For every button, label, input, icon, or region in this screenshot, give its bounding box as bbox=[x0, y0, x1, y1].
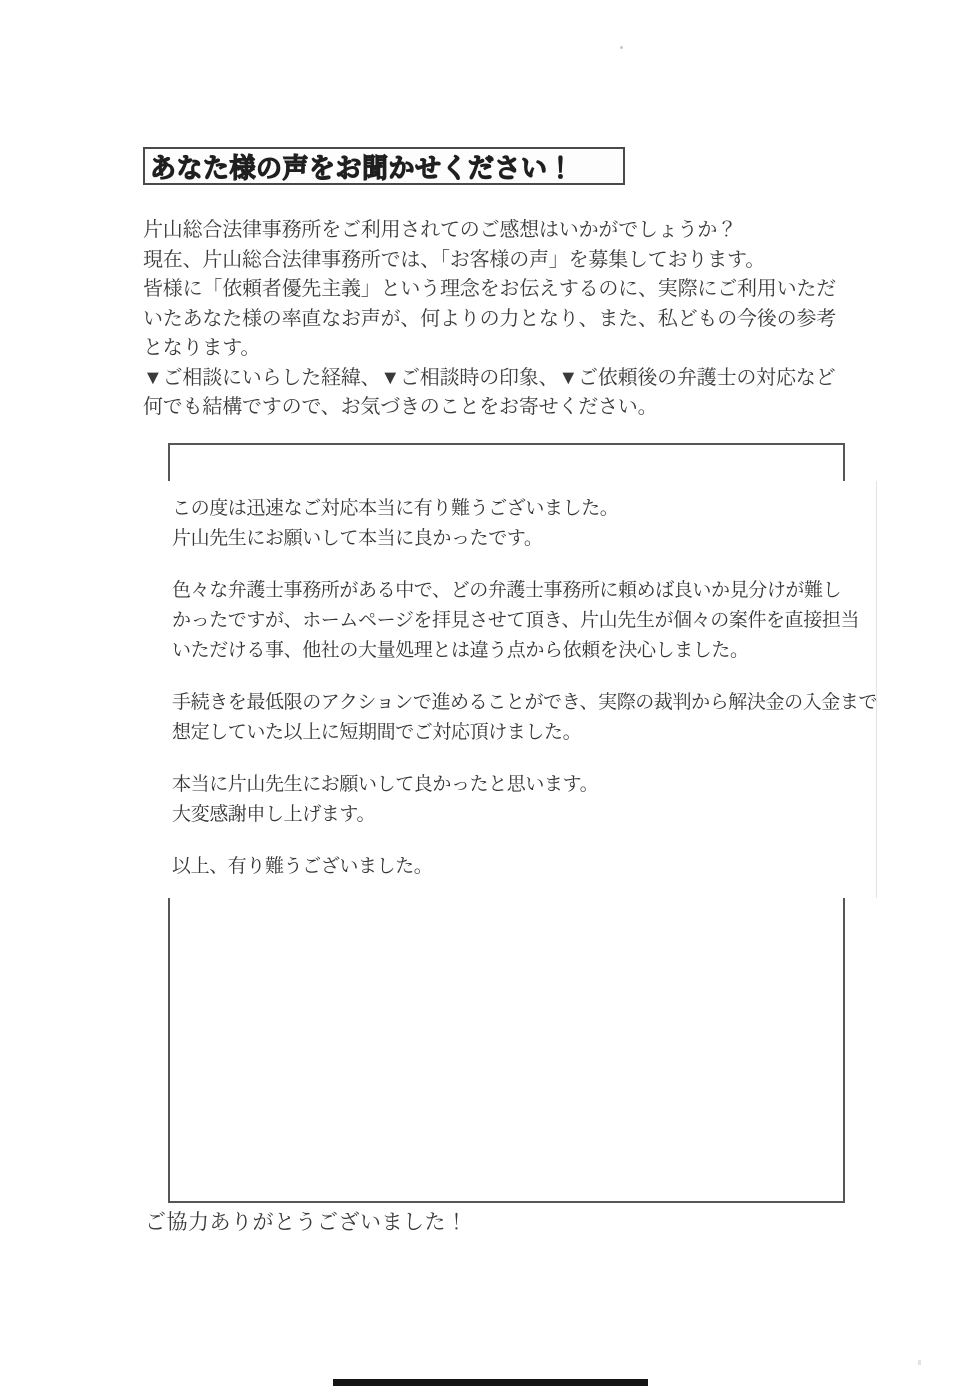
feedback-paragraph: 本当に片山先生にお願いして良かったと思います。 大変感謝申し上げます。 bbox=[172, 770, 876, 830]
feedback-line: 色々な弁護士事務所がある中で、どの弁護士事務所に頼めば良いか見分けが難し bbox=[172, 576, 876, 606]
scan-artifact-bar bbox=[333, 1379, 648, 1386]
feedback-paragraph: 色々な弁護士事務所がある中で、どの弁護士事務所に頼めば良いか見分けが難し かった… bbox=[172, 576, 876, 666]
feedback-line: かったですが、ホームページを拝見させて頂き、片山先生が個々の案件を直接担当 bbox=[172, 606, 876, 636]
scan-speck-top bbox=[620, 46, 623, 49]
intro-line: 片山総合法律事務所をご利用されてのご感想はいかがでしょうか？ bbox=[143, 216, 888, 246]
intro-line: いたあなた様の率直なお声が、何よりの力となり、また、私どもの今後の参考 bbox=[143, 305, 888, 335]
feedback-line: 手続きを最低限のアクションで進めることができ、実際の裁判から解決金の入金まで bbox=[172, 688, 876, 718]
feedback-line: いただける事、他社の大量処理とは違う点から依頼を決心しました。 bbox=[172, 636, 876, 666]
form-title-banner: あなた様の声をお聞かせください！ bbox=[143, 147, 625, 185]
intro-line: ▼ご相談にいらした経緯、▼ご相談時の印象、▼ご依頼後の弁護士の対応など bbox=[143, 364, 888, 394]
feedback-line: この度は迅速なご対応本当に有り難うございました。 bbox=[172, 494, 876, 524]
intro-text: 片山総合法律事務所をご利用されてのご感想はいかがでしょうか？ 現在、片山総合法律… bbox=[143, 216, 888, 423]
scan-speck-bottom bbox=[918, 1360, 921, 1365]
feedback-paragraph: この度は迅速なご対応本当に有り難うございました。 片山先生にお願いして本当に良か… bbox=[172, 494, 876, 554]
feedback-line: 大変感謝申し上げます。 bbox=[172, 800, 876, 830]
closing-thanks: ご協力ありがとうございました！ bbox=[145, 1206, 468, 1236]
feedback-paragraph: 手続きを最低限のアクションで進めることができ、実際の裁判から解決金の入金まで 想… bbox=[172, 688, 876, 748]
intro-line: となります。 bbox=[143, 334, 888, 364]
feedback-line: 想定していた以上に短期間でご対応頂けました。 bbox=[172, 718, 876, 748]
intro-line: 皆様に「依頼者優先主義」という理念をお伝えするのに、実際にご利用いただ bbox=[143, 275, 888, 305]
feedback-paragraph: 以上、有り難うございました。 bbox=[172, 852, 876, 882]
intro-line: 現在、片山総合法律事務所では、「お客様の声」を募集しております。 bbox=[143, 246, 888, 276]
form-title: あなた様の声をお聞かせください！ bbox=[145, 147, 574, 185]
intro-line: 何でも結構ですので、お気づきのことをお寄せください。 bbox=[143, 393, 888, 423]
feedback-line: 本当に片山先生にお願いして良かったと思います。 bbox=[172, 770, 876, 800]
feedback-response-text: この度は迅速なご対応本当に有り難うございました。 片山先生にお願いして本当に良か… bbox=[151, 481, 877, 898]
feedback-line: 片山先生にお願いして本当に良かったです。 bbox=[172, 524, 876, 554]
scanned-feedback-form: あなた様の声をお聞かせください！ 片山総合法律事務所をご利用されてのご感想はいか… bbox=[0, 0, 980, 1386]
feedback-line: 以上、有り難うございました。 bbox=[172, 852, 876, 882]
